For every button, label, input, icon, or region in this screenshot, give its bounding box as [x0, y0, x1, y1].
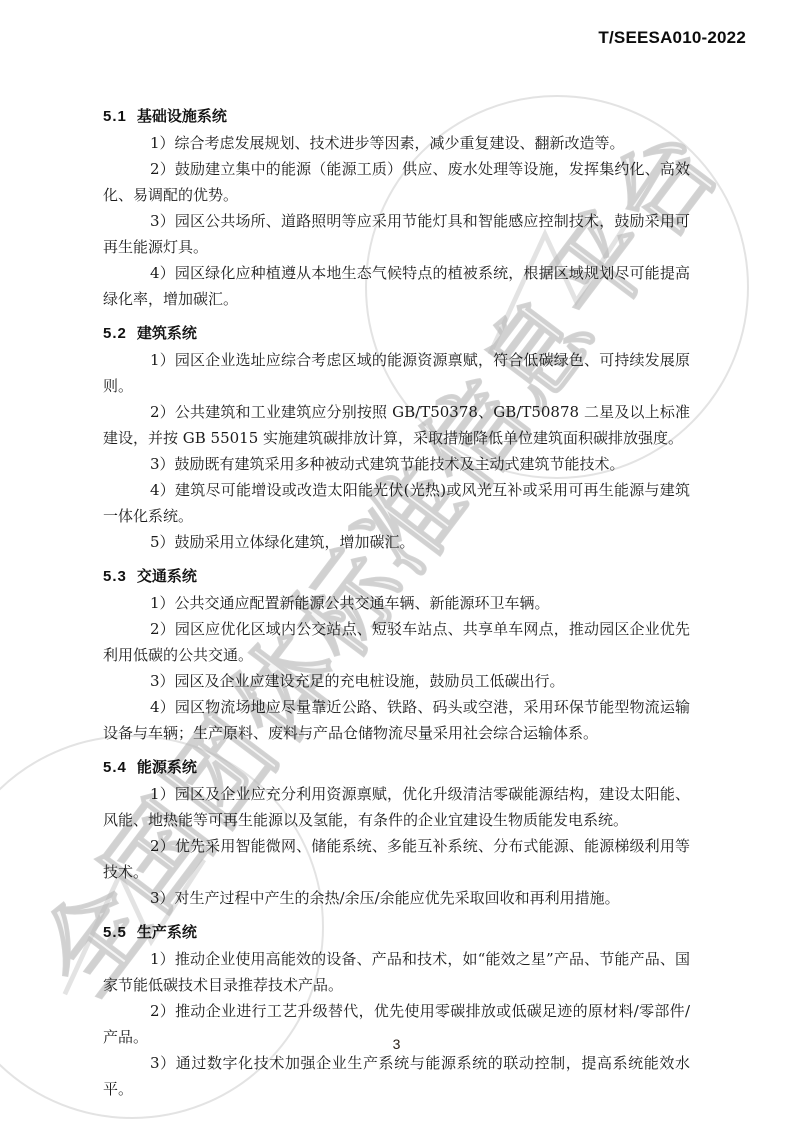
para-5-5-3: 3）通过数字化技术加强企业生产系统与能源系统的联动控制，提高系统能效水平。	[103, 1050, 690, 1102]
section-heading: 5.1基础设施系统	[103, 103, 690, 130]
document-code: T/SEESA010-2022	[598, 28, 746, 48]
document-page: 全国团体标准信息平台 T/SEESA010-2022 5.1基础设施系统 1）综…	[0, 0, 793, 1122]
section-number: 5.4	[103, 759, 127, 776]
section-heading: 5.3交通系统	[103, 563, 690, 590]
section-number: 5.3	[103, 568, 127, 585]
para-5-5-1: 1）推动企业使用高能效的设备、产品和技术，如“能效之星”产品、节能产品、国家节能…	[103, 946, 690, 998]
section-5-2: 5.2建筑系统 1）园区企业选址应综合考虑区域的能源资源禀赋，符合低碳绿色、可持…	[103, 312, 690, 555]
section-title: 交通系统	[137, 567, 197, 585]
para-5-4-3: 3）对生产过程中产生的余热/余压/余能应优先采取回收和再利用措施。	[103, 885, 690, 911]
para-5-2-5: 5）鼓励采用立体绿化建筑，增加碳汇。	[103, 529, 690, 555]
para-5-2-2: 2）公共建筑和工业建筑应分别按照 GB/T50378、GB/T50878 二星及…	[103, 399, 690, 451]
para-5-3-1: 1）公共交通应配置新能源公共交通车辆、新能源环卫车辆。	[103, 590, 690, 616]
section-title: 建筑系统	[137, 324, 197, 342]
section-heading: 5.4能源系统	[103, 754, 690, 781]
para-5-2-1: 1）园区企业选址应综合考虑区域的能源资源禀赋，符合低碳绿色、可持续发展原则。	[103, 347, 690, 399]
para-5-3-2: 2）园区应优化区域内公交站点、短驳车站点、共享单车网点，推动园区企业优先利用低碳…	[103, 616, 690, 668]
para-5-1-2: 2）鼓励建立集中的能源（能源工质）供应、废水处理等设施，发挥集约化、高效化、易调…	[103, 156, 690, 208]
page-number: 3	[0, 1036, 793, 1052]
section-title: 能源系统	[137, 758, 197, 776]
para-5-3-4: 4）园区物流场地应尽量靠近公路、铁路、码头或空港，采用环保节能型物流运输设备与车…	[103, 694, 690, 746]
section-5-5: 5.5生产系统 1）推动企业使用高能效的设备、产品和技术，如“能效之星”产品、节…	[103, 911, 690, 1102]
section-heading: 5.2建筑系统	[103, 320, 690, 347]
section-heading: 5.5生产系统	[103, 919, 690, 946]
para-5-1-1: 1）综合考虑发展规划、技术进步等因素，减少重复建设、翻新改造等。	[103, 130, 690, 156]
section-title: 生产系统	[137, 923, 197, 941]
section-number: 5.2	[103, 325, 127, 342]
para-5-4-1: 1）园区及企业应充分利用资源禀赋，优化升级清洁零碳能源结构，建设太阳能、风能、地…	[103, 781, 690, 833]
para-5-2-3: 3）鼓励既有建筑采用多种被动式建筑节能技术及主动式建筑节能技术。	[103, 451, 690, 477]
section-title: 基础设施系统	[137, 107, 227, 125]
section-5-4: 5.4能源系统 1）园区及企业应充分利用资源禀赋，优化升级清洁零碳能源结构，建设…	[103, 746, 690, 911]
section-5-1: 5.1基础设施系统 1）综合考虑发展规划、技术进步等因素，减少重复建设、翻新改造…	[103, 103, 690, 312]
section-5-3: 5.3交通系统 1）公共交通应配置新能源公共交通车辆、新能源环卫车辆。 2）园区…	[103, 555, 690, 746]
section-number: 5.5	[103, 924, 127, 941]
para-5-4-2: 2）优先采用智能微网、储能系统、多能互补系统、分布式能源、能源梯级利用等技术。	[103, 833, 690, 885]
para-5-1-4: 4）园区绿化应种植遵从本地生态气候特点的植被系统，根据区域规划尽可能提高绿化率，…	[103, 260, 690, 312]
para-5-3-3: 3）园区及企业应建设充足的充电桩设施，鼓励员工低碳出行。	[103, 668, 690, 694]
document-body: 5.1基础设施系统 1）综合考虑发展规划、技术进步等因素，减少重复建设、翻新改造…	[103, 103, 690, 1102]
section-number: 5.1	[103, 108, 127, 125]
para-5-1-3: 3）园区公共场所、道路照明等应采用节能灯具和智能感应控制技术，鼓励采用可再生能源…	[103, 208, 690, 260]
para-5-2-4: 4）建筑尽可能增设或改造太阳能光伏(光热)或风光互补或采用可再生能源与建筑一体化…	[103, 477, 690, 529]
